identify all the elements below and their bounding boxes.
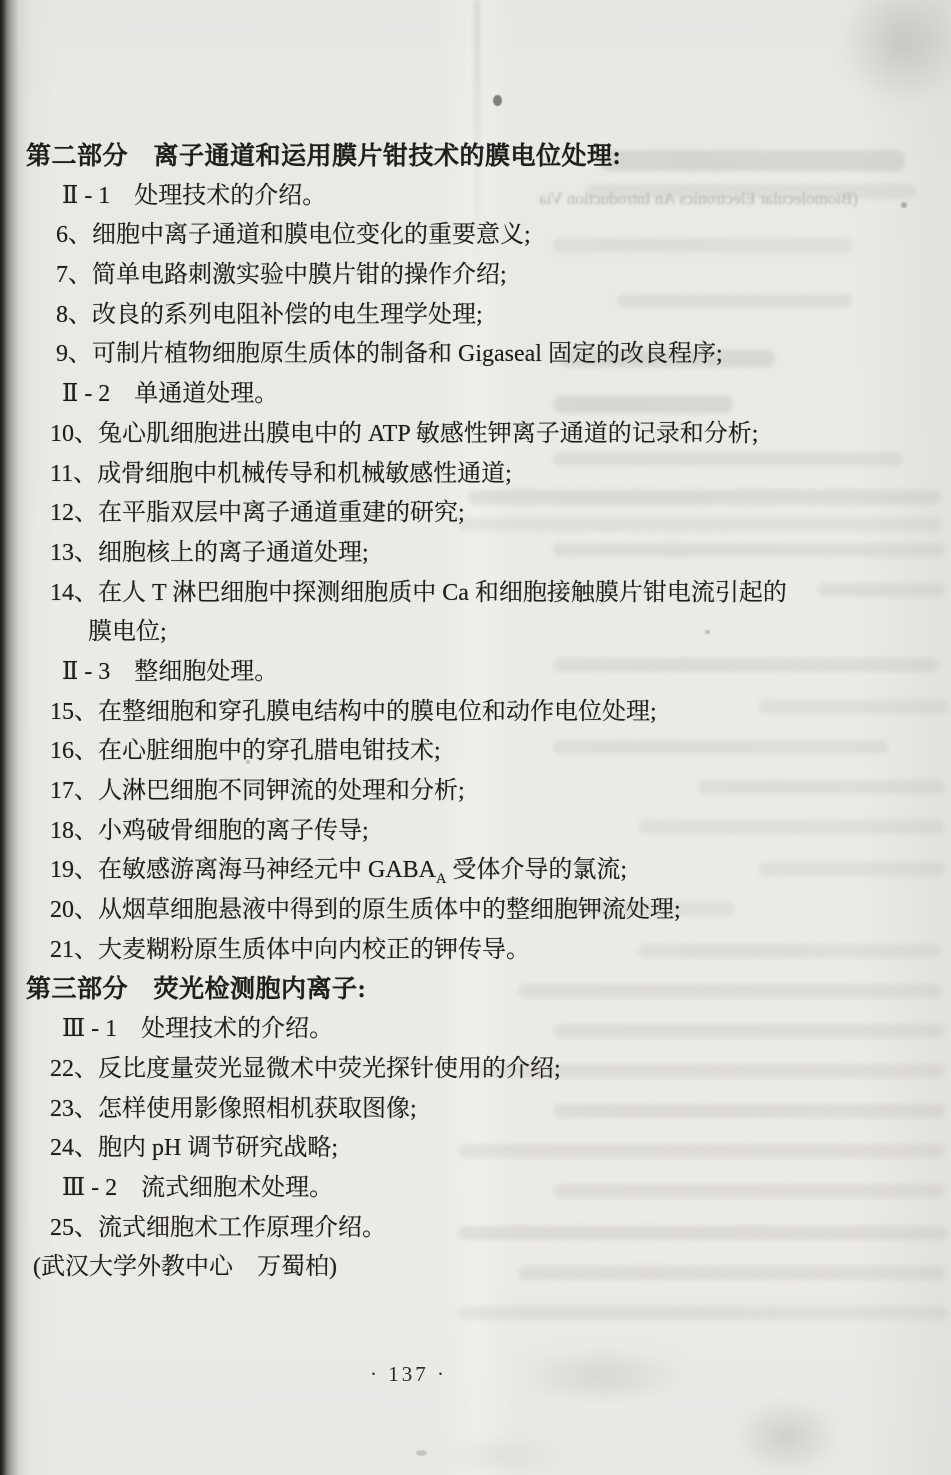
doc-line-24: 23、怎样使用影像照相机获取图像; [0,1090,951,1130]
line-text: 21、大麦糊粉原生质体中向内校正的钾传导。 [50,937,530,963]
doc-line-7: 10、兔心肌细胞进出膜电中的 ATP 敏感性钾离子通道的记录和分析; [0,415,951,455]
line-text: 第三部分 荧光检测胞内离子: [26,976,366,1003]
line-text: Ⅱ - 2 单通道处理。 [62,381,278,407]
doc-line-0: 第二部分 离子通道和运用膜片钳技术的膜电位处理: [0,137,951,177]
doc-line-5: 9、可制片植物细胞原生质体的制备和 Gigaseal 固定的改良程序; [0,335,951,375]
showthrough-text-bar-27 [458,1306,947,1320]
line-text: 11、成骨细胞中机械传导和机械敏感性通道; [50,461,512,487]
line-text: 第二部分 离子通道和运用膜片钳技术的膜电位处理: [26,143,621,170]
line-text: 18、小鸡破骨细胞的离子传导; [50,818,369,844]
line-text: 20、从烟草细胞悬液中得到的原生质体中的整细胞钾流处理; [50,897,681,923]
doc-line-6: Ⅱ - 2 单通道处理。 [0,375,951,415]
doc-line-23: 22、反比度量荧光显微术中荧光探针使用的介绍; [0,1050,951,1090]
paper-speck-2 [416,1450,427,1456]
line-text: 15、在整细胞和穿孔膜电结构中的膜电位和动作电位处理; [50,699,657,725]
line-text: Ⅱ - 1 处理技术的介绍。 [62,183,326,209]
doc-line-4: 8、改良的系列电阻补偿的电生理学处理; [0,296,951,336]
line-text: 10、兔心肌细胞进出膜电中的 ATP 敏感性钾离子通道的记录和分析; [50,421,758,447]
doc-line-15: 16、在心脏细胞中的穿孔腊电钳技术; [0,732,951,772]
line-text: 14、在人 T 淋巴细胞中探测细胞质中 Ca 和细胞接触膜片钳电流引起的 [50,580,787,606]
doc-line-25: 24、胞内 pH 调节研究战略; [0,1129,951,1169]
doc-line-17: 18、小鸡破骨细胞的离子传导; [0,812,951,852]
line-text: 24、胞内 pH 调节研究战略; [50,1135,338,1161]
line-text: 23、怎样使用影像照相机获取图像; [50,1096,417,1122]
doc-line-12: 膜电位; [0,613,951,653]
doc-line-1: Ⅱ - 1 处理技术的介绍。 [0,177,951,217]
scanned-page: (Biomolecular Electronics An Introductio… [0,0,951,1475]
line-text: Ⅲ - 1 处理技术的介绍。 [62,1016,333,1042]
doc-line-3: 7、简单电路刺激实验中膜片钳的操作介绍; [0,256,951,296]
doc-line-28: (武汉大学外教中心 万蜀柏) [0,1248,951,1288]
doc-line-16: 17、人淋巴细胞不同钾流的处理和分析; [0,772,951,812]
doc-line-18: 19、在敏感游离海马神经元中 GABAA 受体介导的氯流; [0,851,951,891]
line-text: 膜电位; [88,619,167,645]
doc-line-26: Ⅲ - 2 流式细胞术处理。 [0,1169,951,1209]
doc-line-20: 21、大麦糊粉原生质体中向内校正的钾传导。 [0,931,951,971]
line-text: 19、在敏感游离海马神经元中 GABA [50,857,436,883]
line-text: 7、简单电路刺激实验中膜片钳的操作介绍; [56,262,507,288]
line-text: 17、人淋巴细胞不同钾流的处理和分析; [50,778,465,804]
line-text: 13、细胞核上的离子通道处理; [50,540,369,566]
document-text-block: 第二部分 离子通道和运用膜片钳技术的膜电位处理:Ⅱ - 1 处理技术的介绍。6、… [0,137,951,1288]
subscript-text: A [436,871,446,887]
line-text: Ⅱ - 3 整细胞处理。 [62,659,278,685]
corner-shading [839,0,951,106]
line-text: 9、可制片植物细胞原生质体的制备和 Gigaseal 固定的改良程序; [56,341,723,367]
line-text: 8、改良的系列电阻补偿的电生理学处理; [56,302,483,328]
line-text: (武汉大学外教中心 万蜀柏) [33,1254,337,1280]
line-text: Ⅲ - 2 流式细胞术处理。 [62,1175,333,1201]
line-text: 25、流式细胞术工作原理介绍。 [50,1215,386,1241]
paper-speck-0 [493,95,502,106]
doc-line-22: Ⅲ - 1 处理技术的介绍。 [0,1010,951,1050]
doc-line-11: 14、在人 T 淋巴细胞中探测细胞质中 Ca 和细胞接触膜片钳电流引起的 [0,574,951,614]
doc-line-10: 13、细胞核上的离子通道处理; [0,534,951,574]
doc-line-8: 11、成骨细胞中机械传导和机械敏感性通道; [0,455,951,495]
line-text: 16、在心脏细胞中的穿孔腊电钳技术; [50,738,441,764]
line-text: 22、反比度量荧光显微术中荧光探针使用的介绍; [50,1056,561,1082]
line-text: 12、在平脂双层中离子通道重建的研究; [50,500,465,526]
doc-line-19: 20、从烟草细胞悬液中得到的原生质体中的整细胞钾流处理; [0,891,951,931]
doc-line-27: 25、流式细胞术工作原理介绍。 [0,1209,951,1249]
doc-line-21: 第三部分 荧光检测胞内离子: [0,970,951,1010]
doc-line-2: 6、细胞中离子通道和膜电位变化的重要意义; [0,216,951,256]
page-number: · 137 · [370,1362,490,1387]
doc-line-14: 15、在整细胞和穿孔膜电结构中的膜电位和动作电位处理; [0,693,951,733]
line-text: 受体介导的氯流; [446,857,627,883]
paper-stain-2 [438,1436,570,1474]
line-text: 6、细胞中离子通道和膜电位变化的重要意义; [56,222,531,248]
doc-line-13: Ⅱ - 3 整细胞处理。 [0,653,951,693]
paper-stain-0 [515,1348,690,1403]
doc-line-9: 12、在平脂双层中离子通道重建的研究; [0,494,951,534]
paper-stain-1 [733,1398,841,1475]
